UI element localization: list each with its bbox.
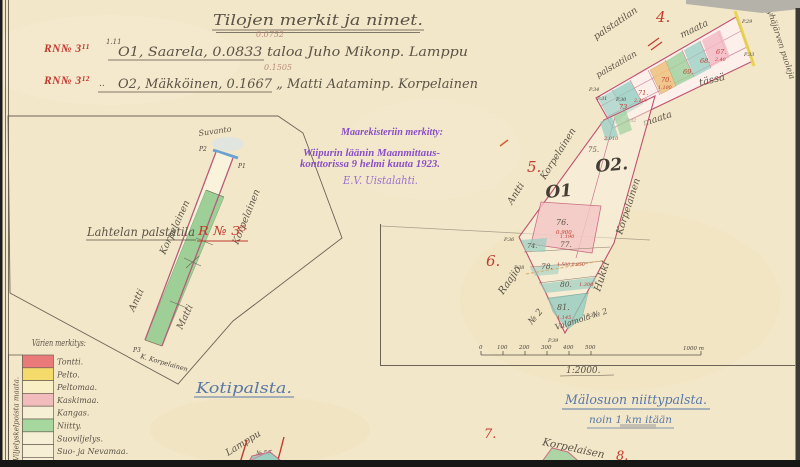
legend-label: Suo- ja Nevamaa. xyxy=(57,447,128,456)
scale-tick: 400 xyxy=(562,345,574,351)
page-edge-bottom xyxy=(0,460,800,467)
legend-swatch xyxy=(23,445,54,458)
label-pyhajarven: Pyhäjärven puoleja xyxy=(764,3,797,81)
legend-title: Värien merkitys: xyxy=(32,339,86,349)
point-p34: P.34 xyxy=(588,87,599,93)
subparcel-75: 75. xyxy=(588,146,599,154)
subparcel-81: 81. xyxy=(557,303,570,312)
stamp-line-3: konttorissa 9 helmi kuuta 1923. xyxy=(300,159,440,170)
scale-tick: 0 xyxy=(479,345,483,351)
ornate-number-o2: O2. xyxy=(595,154,629,177)
point-p36: P.36 xyxy=(503,237,515,243)
title-underline xyxy=(212,30,424,33)
point-p1: P1 xyxy=(237,163,246,170)
scale-ratio: 1:2000. xyxy=(566,366,601,376)
subparcel-68: 68. xyxy=(700,57,710,65)
point-p30: P.30 xyxy=(615,97,627,103)
water-label: Suvanto xyxy=(198,124,232,138)
legend-label: Tontti. xyxy=(57,358,83,367)
red-strike-mark xyxy=(648,38,662,50)
point-p29: P.29 xyxy=(741,19,753,25)
stamp-line-1: Maarekisteriin merkitty: xyxy=(340,127,443,138)
point-p39: P.39 xyxy=(547,338,559,344)
pencil-note-1: 0.0752 xyxy=(256,30,284,39)
owner-antti: Antti xyxy=(505,181,527,208)
kotipalsta-title: Kotipalsta. xyxy=(195,381,292,397)
water-wash xyxy=(212,137,244,151)
subparcel-78: 78. xyxy=(541,262,553,271)
scale-tick: 500 xyxy=(585,345,596,351)
scan-smudge xyxy=(620,424,656,429)
point-p31: P.31 xyxy=(596,96,607,102)
page-edge-left xyxy=(0,0,3,467)
legend-label: Niitty. xyxy=(56,422,82,431)
scale-tick: 300 xyxy=(541,345,552,351)
estate-row-2: O2, Mäkköinen, 0.1667 „ Matti Aataminp. … xyxy=(118,77,478,92)
legend-label: Peltomaa. xyxy=(56,383,97,392)
row2-ditto: .. xyxy=(99,79,105,89)
point-p3: P3 xyxy=(132,347,141,354)
area-67: 2.40 xyxy=(714,57,726,63)
point-p2: P2 xyxy=(198,146,207,153)
subparcel-71: 71. xyxy=(638,89,648,97)
legend-swatch xyxy=(23,368,54,381)
legend-swatch xyxy=(23,355,54,368)
legend-label: Kangas. xyxy=(56,409,89,418)
stamp-signature: E.V. Uistalahti. xyxy=(342,174,418,187)
parcel-title: Lahtelan palstatila xyxy=(86,224,195,239)
area-75: 2.010 xyxy=(603,136,619,142)
bottom-owner-name: K. Korpelainen xyxy=(138,352,188,373)
ornate-number-o1: O1 xyxy=(545,181,573,203)
legend-label: Pelto. xyxy=(56,370,80,379)
page-title: Tilojen merkit ja nimet. xyxy=(213,11,423,29)
big-number-7: 7. xyxy=(484,427,496,442)
estate-row-1: O1, Saarela, 0.0833 taloa Juho Mikonp. L… xyxy=(118,45,468,60)
parcel-title-number: R № 3⁵ xyxy=(197,223,246,238)
subparcel-80: 80. xyxy=(560,280,572,289)
label-palstatilan-2: palstatilan xyxy=(595,49,639,80)
legend-label: Kaskimaa. xyxy=(56,396,99,405)
legend-swatch xyxy=(23,406,54,419)
area-70: 1.100 xyxy=(658,85,672,91)
color-legend: Värien merkitys: Viljelyskelpoista maata… xyxy=(9,339,129,467)
legend-label: Suoviljelys. xyxy=(57,434,103,443)
subparcel-69: 69. xyxy=(683,68,693,76)
subparcel-70: 70. xyxy=(661,76,671,84)
rn-number-1: RN№ 3¹¹ xyxy=(43,43,90,55)
legend-swatch xyxy=(23,419,54,432)
subparcel-76: 76. xyxy=(556,218,569,227)
legend-swatch xyxy=(23,393,54,406)
map-scan-page: Tilojen merkit ja nimet. 0.0752 0.1505 R… xyxy=(0,0,800,467)
page-edge-right xyxy=(796,8,800,467)
area-80: 1.300 xyxy=(579,282,594,288)
subparcel-67: 67. xyxy=(716,48,726,56)
legend-swatch xyxy=(23,432,54,445)
owner-name-sw: Antti xyxy=(126,287,146,314)
pencil-note-2: 0.1505 xyxy=(264,63,292,72)
malosuon-caption: Mälosuon niittypalsta. noin 1 km itään K… xyxy=(484,393,710,467)
subparcel-77: 77. xyxy=(560,240,572,249)
scale-tick: 100 xyxy=(497,345,508,351)
area-77: 1.190 xyxy=(560,234,575,240)
malosuon-title: Mälosuon niittypalsta. xyxy=(564,393,707,408)
stamp-line-2: Wiipurin läänin Maanmittaus- xyxy=(303,148,441,159)
point-p33: P.33 xyxy=(743,52,754,58)
scale-end-label: 1000 m xyxy=(683,346,704,352)
strip-border-west xyxy=(145,152,216,340)
subparcel-74: 74. xyxy=(527,242,537,250)
label-palstatilan-1: palstatilan xyxy=(592,5,640,43)
scale-tick: 200 xyxy=(518,345,530,351)
big-number-4: 4. xyxy=(655,8,670,26)
legend-swatch xyxy=(23,381,54,394)
owner-name-ne: Korpelainen xyxy=(230,188,262,247)
parcel-4-strip: 4. 67. 2.40 68. 69. 70. 1.100 71. 2.100 … xyxy=(588,3,797,129)
big-number-6: 6. xyxy=(486,252,500,270)
rn-number-2: RN№ 3¹² xyxy=(43,75,90,87)
area-78: 1.500 0.850 xyxy=(557,262,585,268)
legend-side-label: Viljelyskelpoista maata. xyxy=(13,377,21,461)
scanner-corner xyxy=(686,0,800,13)
strip-border-east xyxy=(162,158,233,346)
kotipalsta-caption: Kotipalsta. xyxy=(194,381,294,397)
